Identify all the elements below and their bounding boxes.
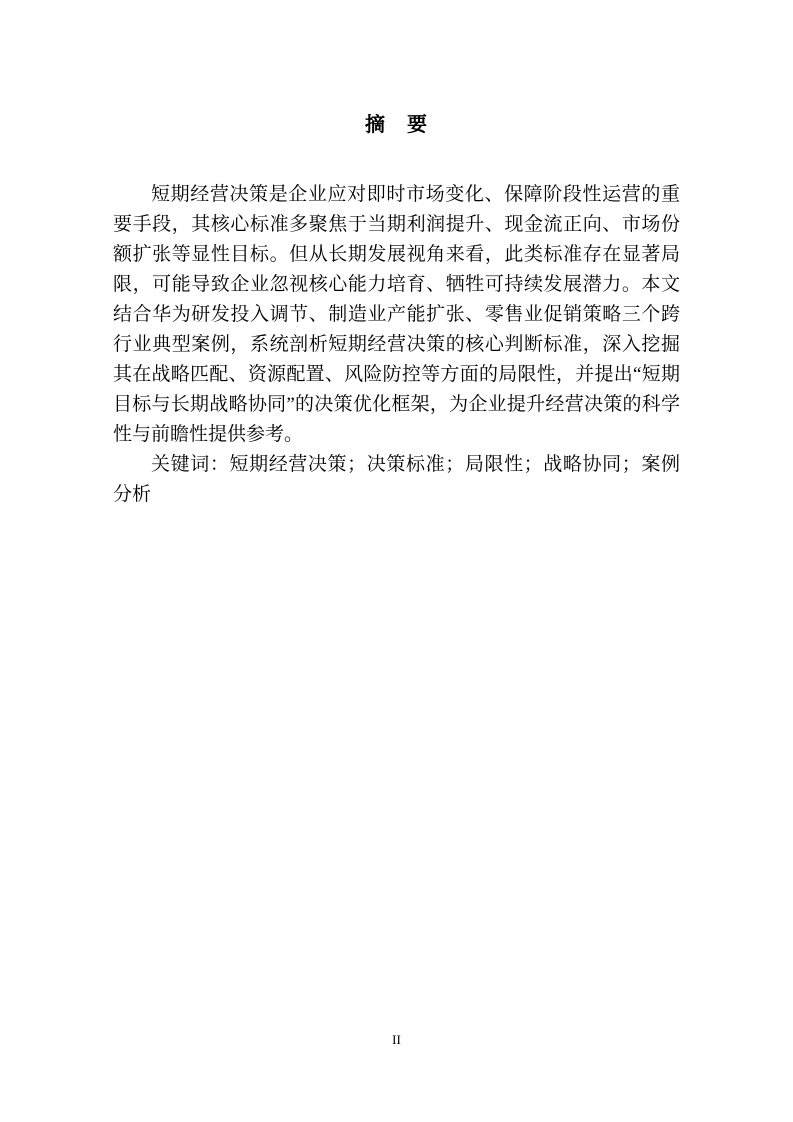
abstract-paragraph: 短期经营决策是企业应对即时市场变化、保障阶段性运营的重要手段，其核心标准多聚焦于… [113, 180, 680, 450]
abstract-title: 摘 要 [113, 110, 680, 140]
keywords-line: 关键词：短期经营决策；决策标准；局限性；战略协同；案例分析 [113, 450, 680, 510]
document-page: 摘 要 短期经营决策是企业应对即时市场变化、保障阶段性运营的重要手段，其核心标准… [0, 0, 793, 1122]
page-number: II [0, 1032, 793, 1048]
page-content: 摘 要 短期经营决策是企业应对即时市场变化、保障阶段性运营的重要手段，其核心标准… [113, 0, 680, 510]
abstract-section: 短期经营决策是企业应对即时市场变化、保障阶段性运营的重要手段，其核心标准多聚焦于… [113, 180, 680, 510]
